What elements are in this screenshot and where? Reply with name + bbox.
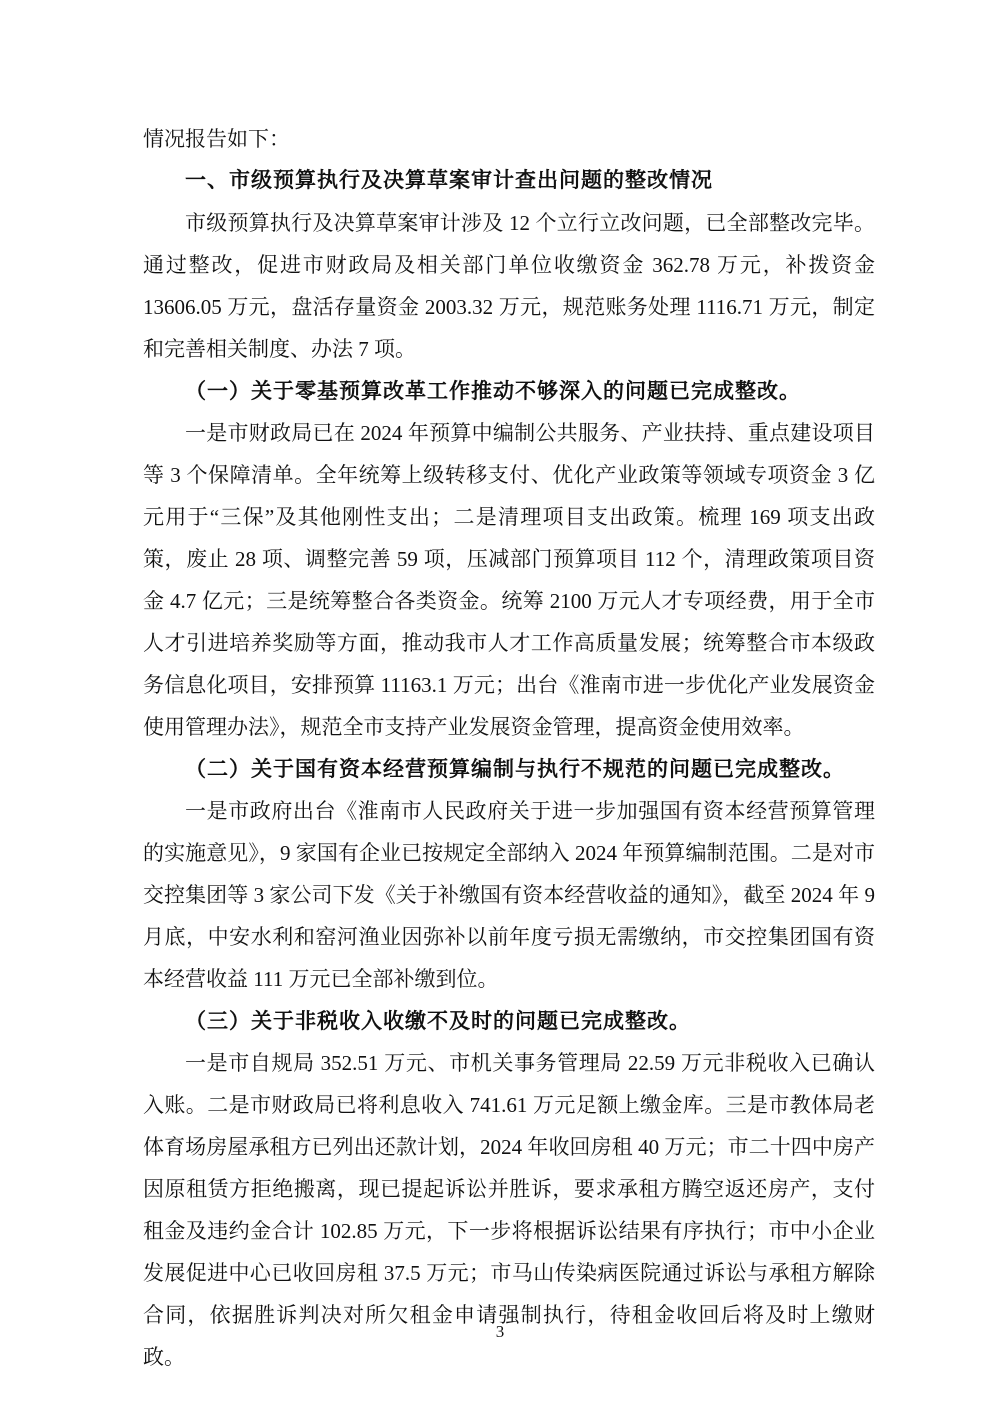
document-body: 情况报告如下： 一、市级预算执行及决算草案审计查出问题的整改情况 市级预算执行及… [143,118,875,1378]
intro-line: 情况报告如下： [143,118,875,160]
subsection-heading-nontax-revenue: （三）关于非税收入收缴不及时的问题已完成整改。 [143,1000,875,1042]
document-page: 情况报告如下： 一、市级预算执行及决算草案审计查出问题的整改情况 市级预算执行及… [0,0,1000,1415]
paragraph-state-capital-budget-details: 一是市政府出台《淮南市人民政府关于进一步加强国有资本经营预算管理的实施意见》，9… [143,790,875,1000]
section-heading-budget-rectification: 一、市级预算执行及决算草案审计查出问题的整改情况 [143,160,875,202]
paragraph-rectification-overview: 市级预算执行及决算草案审计涉及 12 个立行立改问题，已全部整改完毕。通过整改，… [143,202,875,370]
subsection-heading-state-capital-budget: （二）关于国有资本经营预算编制与执行不规范的问题已完成整改。 [143,748,875,790]
paragraph-zero-base-budget-details: 一是市财政局已在 2024 年预算中编制公共服务、产业扶持、重点建设项目等 3 … [143,412,875,748]
page-number: 3 [0,1322,1000,1342]
subsection-heading-zero-base-budget: （一）关于零基预算改革工作推动不够深入的问题已完成整改。 [143,370,875,412]
